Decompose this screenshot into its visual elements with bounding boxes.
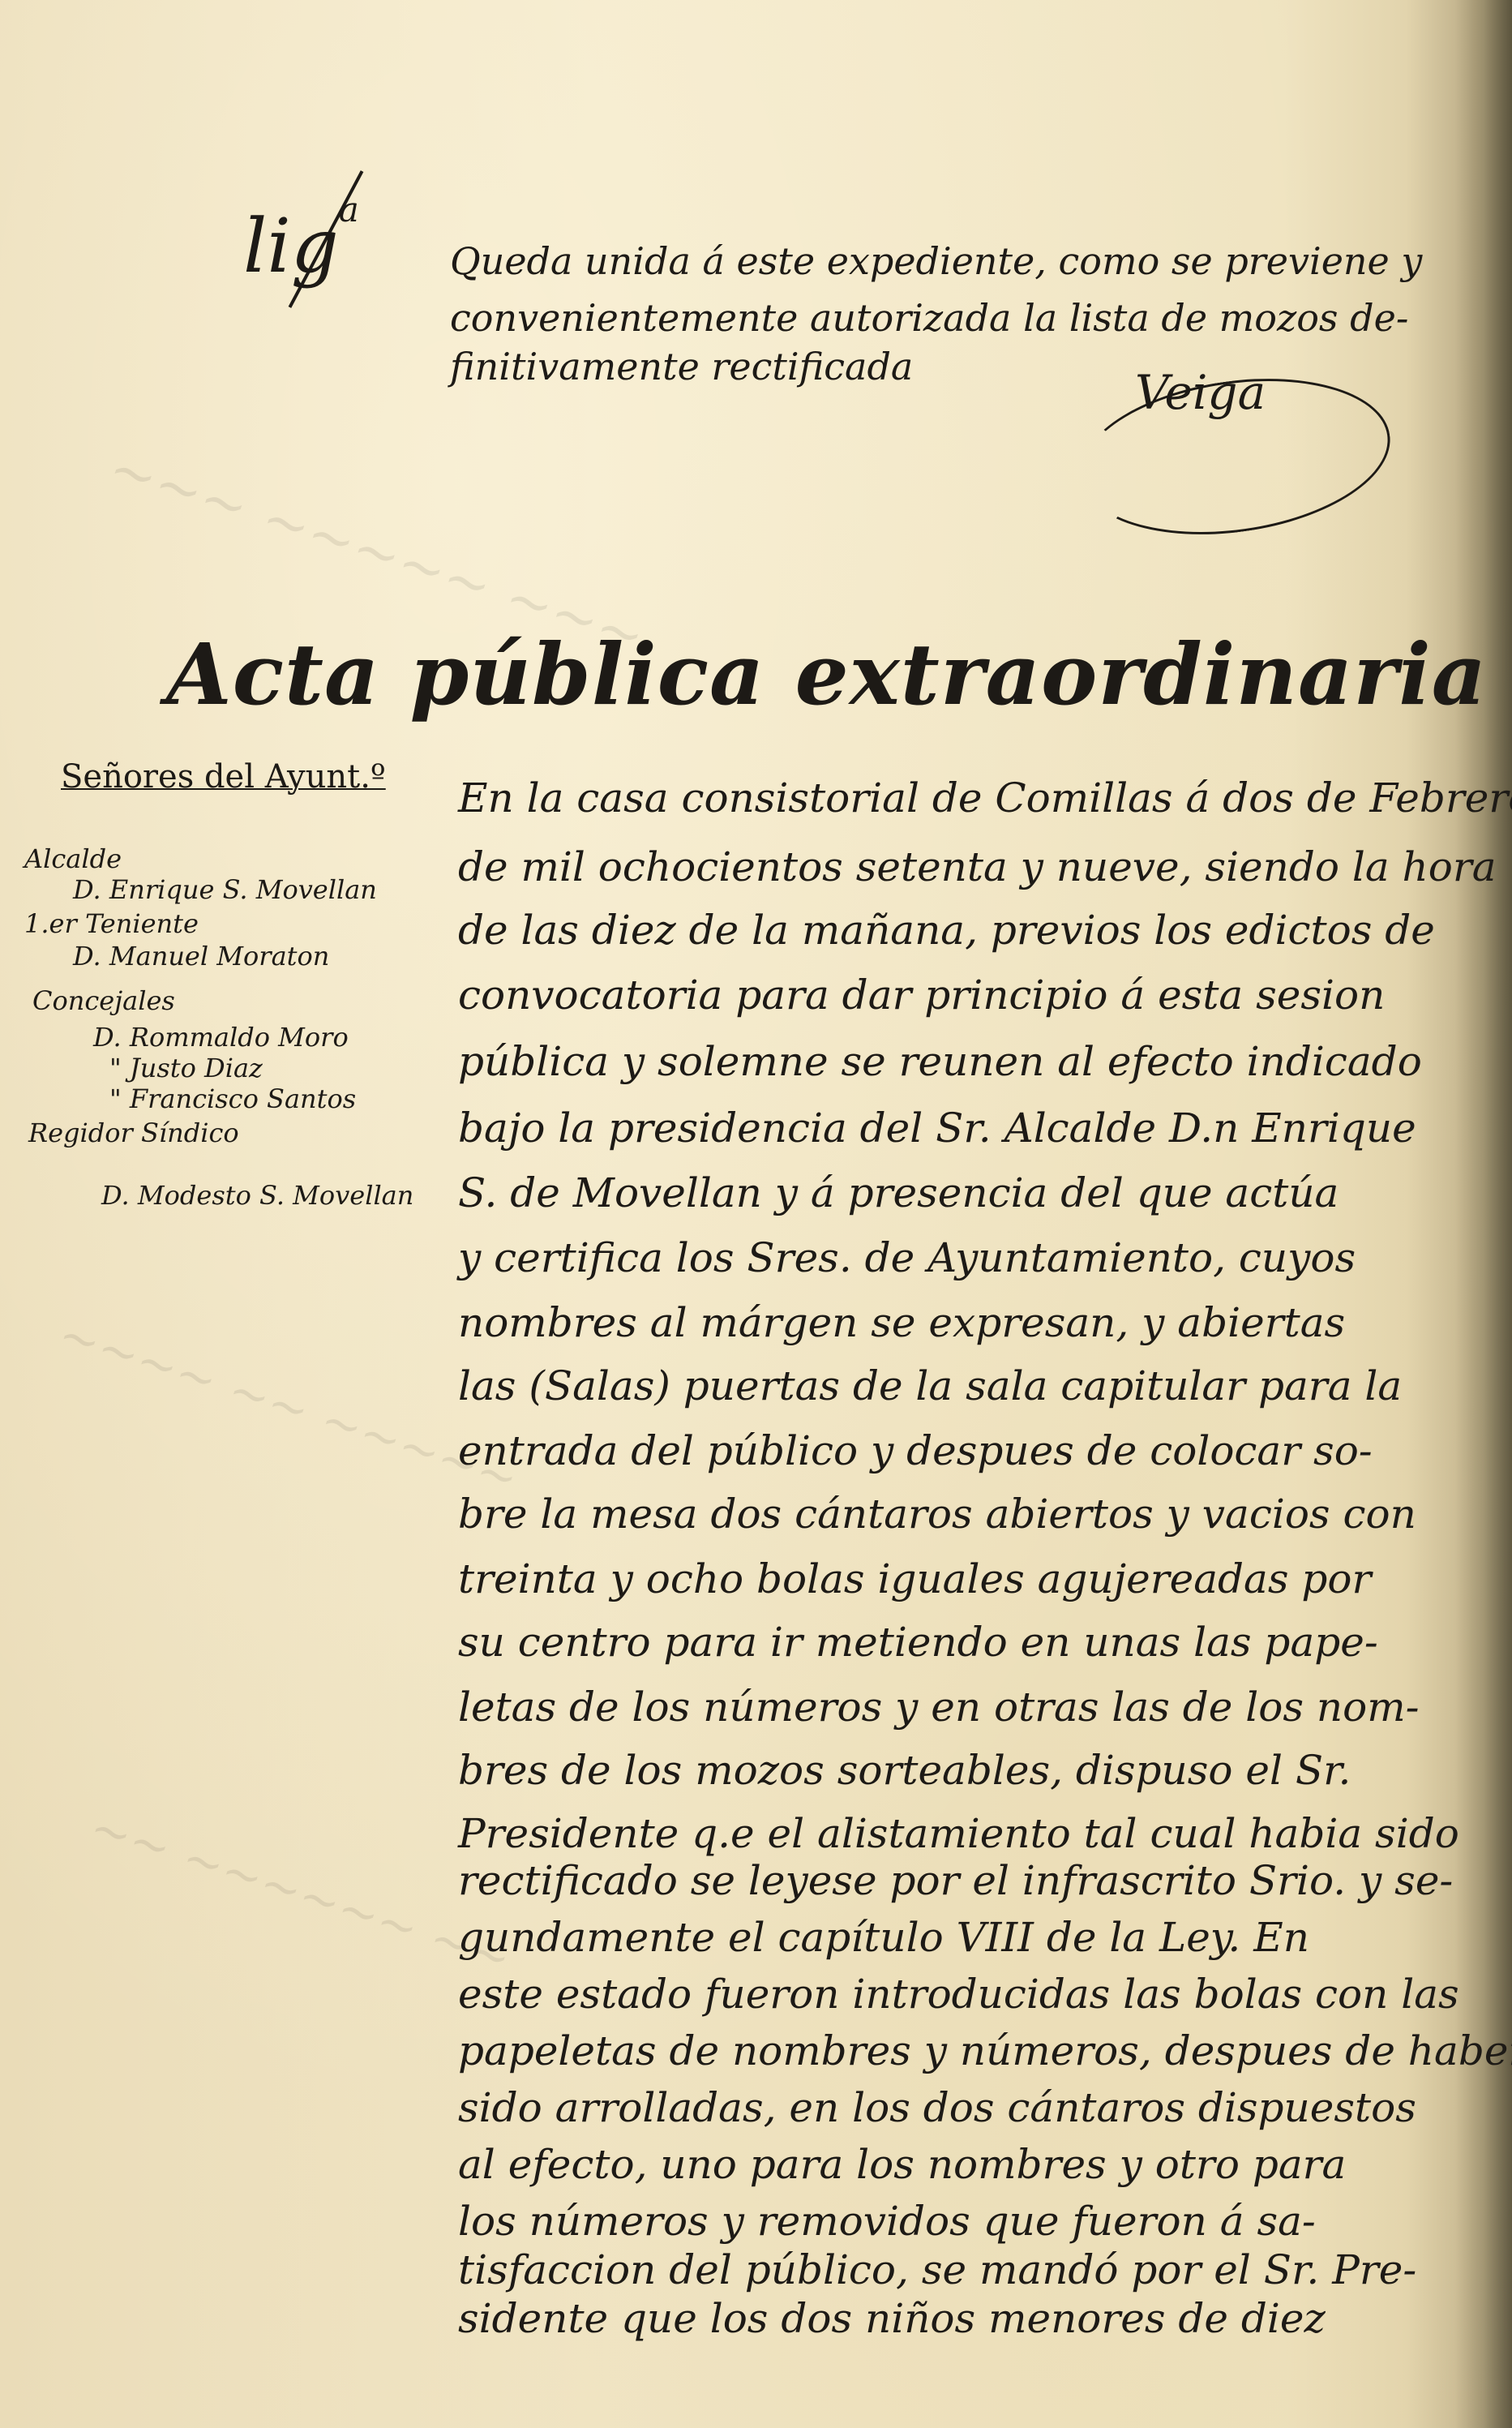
body-line: sidente que los dos niños menores de die…	[458, 2295, 1326, 2342]
margin-name: " Francisco Santos	[109, 1083, 356, 1114]
body-line: sido arrolladas, en los dos cántaros dis…	[458, 2084, 1416, 2131]
margin-name: D. Rommaldo Moro	[93, 1022, 349, 1053]
marginal-note-line: convenientemente autorizada la lista de …	[450, 296, 1408, 340]
body-line: bajo la presidencia del Sr. Alcalde D.n …	[458, 1105, 1416, 1152]
margin-name: D. Manuel Moraton	[73, 941, 329, 972]
body-line: este estado fueron introducidas las bola…	[458, 1971, 1459, 2018]
body-line: y certifica los Sres. de Ayuntamiento, c…	[458, 1234, 1356, 1281]
document-page: ~~~ ~~~~~ ~~~ ~~~~ ~~ ~~~~~ ~~ ~~~~~~ ~~…	[0, 0, 1512, 2428]
body-line: Presidente q.e el alistamiento tal cual …	[458, 1810, 1459, 1857]
body-line: tisfaccion del público, se mandó por el …	[458, 2246, 1416, 2293]
marginal-note-line: Queda unida á este expediente, como se p…	[450, 239, 1422, 283]
body-line: convocatoria para dar principio á esta s…	[458, 972, 1385, 1019]
signature: Veiga	[1135, 365, 1266, 420]
margin-role: Concejales	[32, 985, 175, 1016]
body-line: pública y solemne se reunen al efecto in…	[458, 1038, 1422, 1085]
body-line: papeletas de nombres y números, despues …	[458, 2027, 1512, 2074]
document-title: Acta pública extraordinaria del sorteo	[166, 624, 1512, 724]
margin-name: D. Modesto S. Movellan	[101, 1180, 413, 1211]
body-line: S. de Movellan y á presencia del que act…	[458, 1169, 1339, 1216]
body-line: al efecto, uno para los nombres y otro p…	[458, 2141, 1346, 2188]
margin-heading: Señores del Ayunt.º	[61, 758, 386, 796]
bleed-through: ~~~~ ~~ ~~~~~	[52, 1306, 525, 1508]
margin-heading-text: Señores del Ayunt.º	[61, 758, 386, 796]
body-line: los números y removidos que fueron á sa-	[458, 2198, 1316, 2245]
bleed-through: ~~ ~~~~~~ ~~	[83, 1799, 517, 1988]
marginal-mark-text: lig	[243, 203, 339, 290]
body-line: entrada del público y despues de colocar…	[458, 1427, 1373, 1474]
body-line: treinta y ocho bolas iguales agujereadas…	[458, 1555, 1371, 1602]
marginal-note-line: finitivamente rectificada	[450, 345, 913, 388]
body-line: En la casa consistorial de Comillas á do…	[458, 774, 1512, 821]
body-line: rectificado se leyese por el infrascrito…	[458, 1857, 1453, 1904]
margin-name: D. Enrique S. Movellan	[73, 874, 377, 905]
body-line: de mil ochocientos setenta y nueve, sien…	[458, 843, 1497, 890]
body-line: letas de los números y en otras las de l…	[458, 1684, 1420, 1731]
body-line: de las diez de la mañana, previos los ed…	[458, 907, 1435, 954]
margin-role: Alcalde	[24, 843, 122, 874]
margin-role: 1.er Teniente	[24, 908, 199, 939]
body-line: bres de los mozos sorteables, dispuso el…	[458, 1747, 1351, 1794]
margin-role: Regidor Síndico	[28, 1117, 239, 1148]
body-line: nombres al márgen se expresan, y abierta…	[458, 1299, 1345, 1346]
body-line: gundamente el capítulo VIII de la Ley. E…	[458, 1914, 1309, 1961]
margin-name: " Justo Diaz	[109, 1053, 263, 1083]
marginal-mark: liga	[243, 203, 359, 290]
body-line: su centro para ir metiendo en unas las p…	[458, 1619, 1378, 1666]
body-line: las (Salas) puertas de la sala capitular…	[458, 1362, 1402, 1409]
body-line: bre la mesa dos cántaros abiertos y vaci…	[458, 1491, 1416, 1538]
